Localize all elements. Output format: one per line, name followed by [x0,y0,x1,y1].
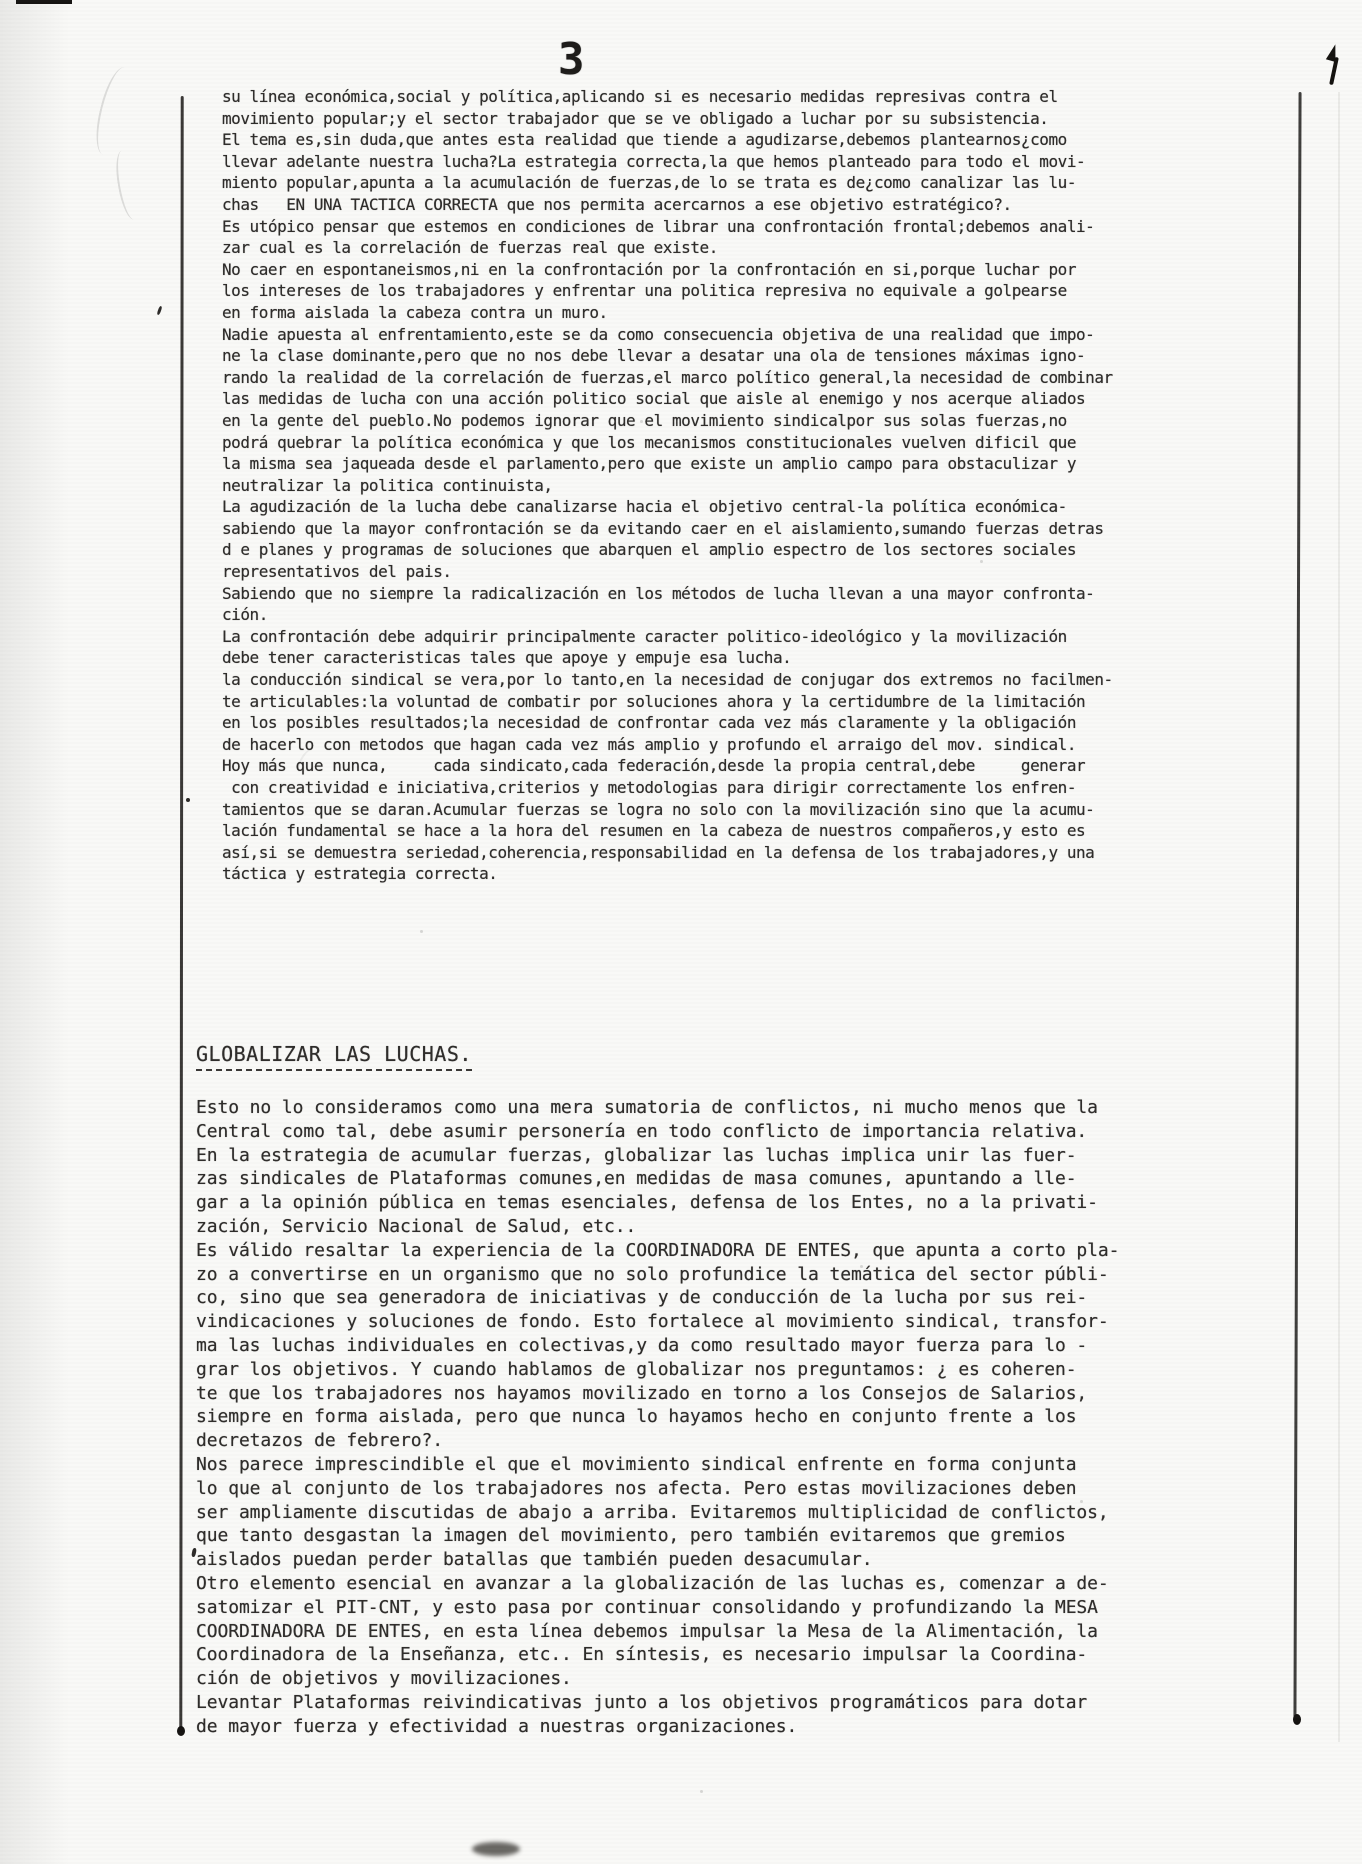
text-line: ción. [222,604,1152,626]
text-line: en forma aislada la cabeza contra un mur… [222,302,1152,324]
text-line: te articulables:la voluntad de combatir … [222,691,1152,713]
text-line: que tanto desgastan la imagen del movimi… [196,1524,1156,1548]
left-margin-rule [179,96,183,1732]
ink-blob [1293,1714,1301,1725]
text-line: en los posibles resultados;la necesidad … [222,712,1152,734]
scan-artifact-bar [16,0,72,4]
text-line: representativos del pais. [222,561,1152,583]
stray-ink-mark [157,306,163,315]
text-line: zación, Servicio Nacional de Salud, etc.… [196,1215,1156,1239]
text-line: Es utópico pensar que estemos en condici… [222,216,1152,238]
text-line: chas EN UNA TACTICA CORRECTA que nos per… [222,194,1152,216]
text-line: COORDINADORA DE ENTES, en esta línea deb… [196,1620,1156,1644]
text-line: En la estrategia de acumular fuerzas, gl… [196,1144,1156,1168]
text-line: ser ampliamente discutidas de abajo a ar… [196,1501,1156,1525]
text-line: satomizar el PIT-CNT, y esto pasa por co… [196,1596,1156,1620]
text-line: la misma sea jaqueada desde el parlament… [222,453,1152,475]
text-line: ne la clase dominante,pero que no nos de… [222,345,1152,367]
text-line: zas sindicales de Plataformas comunes,en… [196,1167,1156,1191]
page-number: 3 [558,34,585,85]
text-line: aislados puedan perder batallas que tamb… [196,1548,1156,1572]
pencil-smudge [112,149,144,221]
text-line: lación fundamental se hace a la hora del… [222,820,1152,842]
text-line: táctica y estrategia correcta. [222,863,1152,885]
text-line: vindicaciones y soluciones de fondo. Est… [196,1310,1156,1334]
text-line: Esto no lo consideramos como una mera su… [196,1096,1156,1120]
right-margin-rule [1293,92,1301,1722]
text-line: La agudización de la lucha debe canaliza… [222,496,1152,518]
paper-speck [700,1790,703,1793]
scan-streak [1338,92,1340,1742]
scan-edge-shading [0,0,70,1864]
text-line: decretazos de febrero?. [196,1429,1156,1453]
text-line: de mayor fuerza y efectividad a nuestras… [196,1715,1156,1739]
text-line: zo a convertirse en un organismo que no … [196,1263,1156,1287]
pencil-smudge [90,64,139,158]
pen-nib-stem [1329,57,1339,85]
text-line: No caer en espontaneismos,ni en la confr… [222,259,1152,281]
text-line: rando la realidad de la correlación de f… [222,367,1152,389]
text-line: El tema es,sin duda,que antes esta reali… [222,129,1152,151]
text-line: Levantar Plataformas reivindicativas jun… [196,1691,1156,1715]
pen-nib-mark [1324,44,1344,94]
scanned-document-page: 3 su línea económica,social y política,a… [0,0,1362,1864]
text-line: Hoy más que nunca, cada sindicato,cada f… [222,755,1152,777]
text-line: de hacerlo con metodos que hagan cada ve… [222,734,1152,756]
ink-blob [177,1726,185,1736]
bottom-ink-smudge [472,1842,520,1856]
text-line: Coordinadora de la Enseñanza, etc.. En s… [196,1643,1156,1667]
typed-paragraph-block-1: su línea económica,social y política,apl… [222,86,1152,885]
text-line: ma las luchas individuales en colectivas… [196,1334,1156,1358]
text-line: Sabiendo que no siempre la radicalizació… [222,583,1152,605]
text-line: podrá quebrar la política económica y qu… [222,432,1152,454]
text-line: Es válido resaltar la experiencia de la … [196,1239,1156,1263]
text-line: Central como tal, debe asumir personería… [196,1120,1156,1144]
text-line: así,si se demuestra seriedad,coherencia,… [222,842,1152,864]
paper-speck [420,930,423,933]
text-line: las medidas de lucha con una acción poli… [222,388,1152,410]
text-line: Nadie apuesta al enfrentamiento,este se … [222,324,1152,346]
text-line: sabiendo que la mayor confrontación se d… [222,518,1152,540]
text-line: tamientos que se daran.Acumular fuerzas … [222,799,1152,821]
text-line: siempre en forma aislada, pero que nunca… [196,1405,1156,1429]
text-line: lo que al conjunto de los trabajadores n… [196,1477,1156,1501]
text-line: Nos parece imprescindible el que el movi… [196,1453,1156,1477]
text-line: ción de objetivos y movilizaciones. [196,1667,1156,1691]
text-line: movimiento popular;y el sector trabajado… [222,108,1152,130]
stray-ink-mark [186,798,190,802]
text-line: Otro elemento esencial en avanzar a la g… [196,1572,1156,1596]
text-line: con creatividad e iniciativa,criterios y… [222,777,1152,799]
text-line: zar cual es la correlación de fuerzas re… [222,237,1152,259]
text-line: en la gente del pueblo.No podemos ignora… [222,410,1152,432]
text-line: los intereses de los trabajadores y enfr… [222,280,1152,302]
text-line: su línea económica,social y política,apl… [222,86,1152,108]
text-line: llevar adelante nuestra lucha?La estrate… [222,151,1152,173]
section-heading-globalizar-las-luchas: GLOBALIZAR LAS LUCHAS. [196,1042,472,1071]
text-line: la conducción sindical se vera,por lo ta… [222,669,1152,691]
text-line: miento popular,apunta a la acumulación d… [222,172,1152,194]
text-line: debe tener caracteristicas tales que apo… [222,647,1152,669]
text-line: te que los trabajadores nos hayamos movi… [196,1382,1156,1406]
typed-paragraph-block-2: Esto no lo consideramos como una mera su… [196,1096,1156,1739]
text-line: d e planes y programas de soluciones que… [222,539,1152,561]
text-line: La confrontación debe adquirir principal… [222,626,1152,648]
text-line: neutralizar la politica continuista, [222,475,1152,497]
text-line: co, sino que sea generadora de iniciativ… [196,1286,1156,1310]
text-line: grar los objetivos. Y cuando hablamos de… [196,1358,1156,1382]
text-line: gar a la opinión pública en temas esenci… [196,1191,1156,1215]
